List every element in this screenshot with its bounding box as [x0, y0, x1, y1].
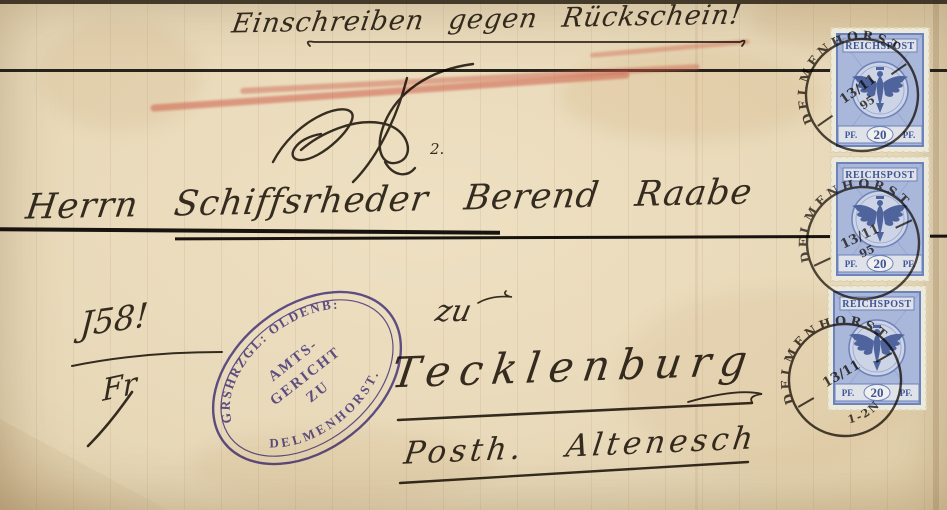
registered-mail-inscription: Einschreiben gegen Rückschein!: [230, 0, 745, 39]
paper-stain: [40, 20, 200, 130]
stamp-value: 20: [874, 256, 887, 271]
stamp-value-suffix: PF.: [903, 130, 915, 140]
stamp-value: 20: [871, 385, 884, 400]
stamp-issuer-text: REICHSPOST: [842, 299, 911, 310]
stamp-value-suffix: PF.: [903, 259, 915, 269]
postage-stamp-3: REICHSPOST PF. 20 PF.: [827, 285, 927, 411]
city-tail-flourish: [688, 392, 762, 402]
destination-city: Tecklenburg: [389, 336, 760, 398]
stamp-value-suffix: PF.: [900, 388, 912, 398]
monogram-paraph: [255, 50, 495, 185]
amtsgericht-oval-stamp: GRSHRZGL: OLDENB: DELMENHORST. AMTS- GER…: [192, 268, 422, 488]
city-underline: [398, 403, 752, 420]
horizontal-rule-middle-a: [0, 227, 500, 234]
postage-stamp-2: REICHSPOST PF. 20 PF.: [830, 156, 930, 282]
postage-stamp-1: REICHSPOST PF. 20 PF.: [830, 27, 930, 153]
zu-u-bow: [478, 291, 512, 303]
destination-post-office-note: Posth. Altenesch: [402, 420, 759, 472]
red-crayon-stroke: [590, 39, 750, 58]
docket-initials: Fr: [102, 366, 136, 409]
envelope-scan: Einschreiben gegen Rückschein! Herrn Sch…: [0, 0, 947, 510]
stamp-value: 20: [874, 127, 887, 142]
stamp-value-prefix: PF.: [845, 259, 857, 269]
paraph-left-loops: [273, 109, 353, 162]
stamp-value-prefix: PF.: [845, 130, 857, 140]
stamp-issuer-text: REICHSPOST: [845, 41, 914, 52]
docket-number: J58!: [79, 295, 150, 344]
stamp-issuer-text: REICHSPOST: [845, 170, 914, 181]
stamp-value-prefix: PF.: [842, 388, 854, 398]
directive-zu: zu: [432, 294, 475, 329]
paper-crease: [933, 0, 939, 510]
